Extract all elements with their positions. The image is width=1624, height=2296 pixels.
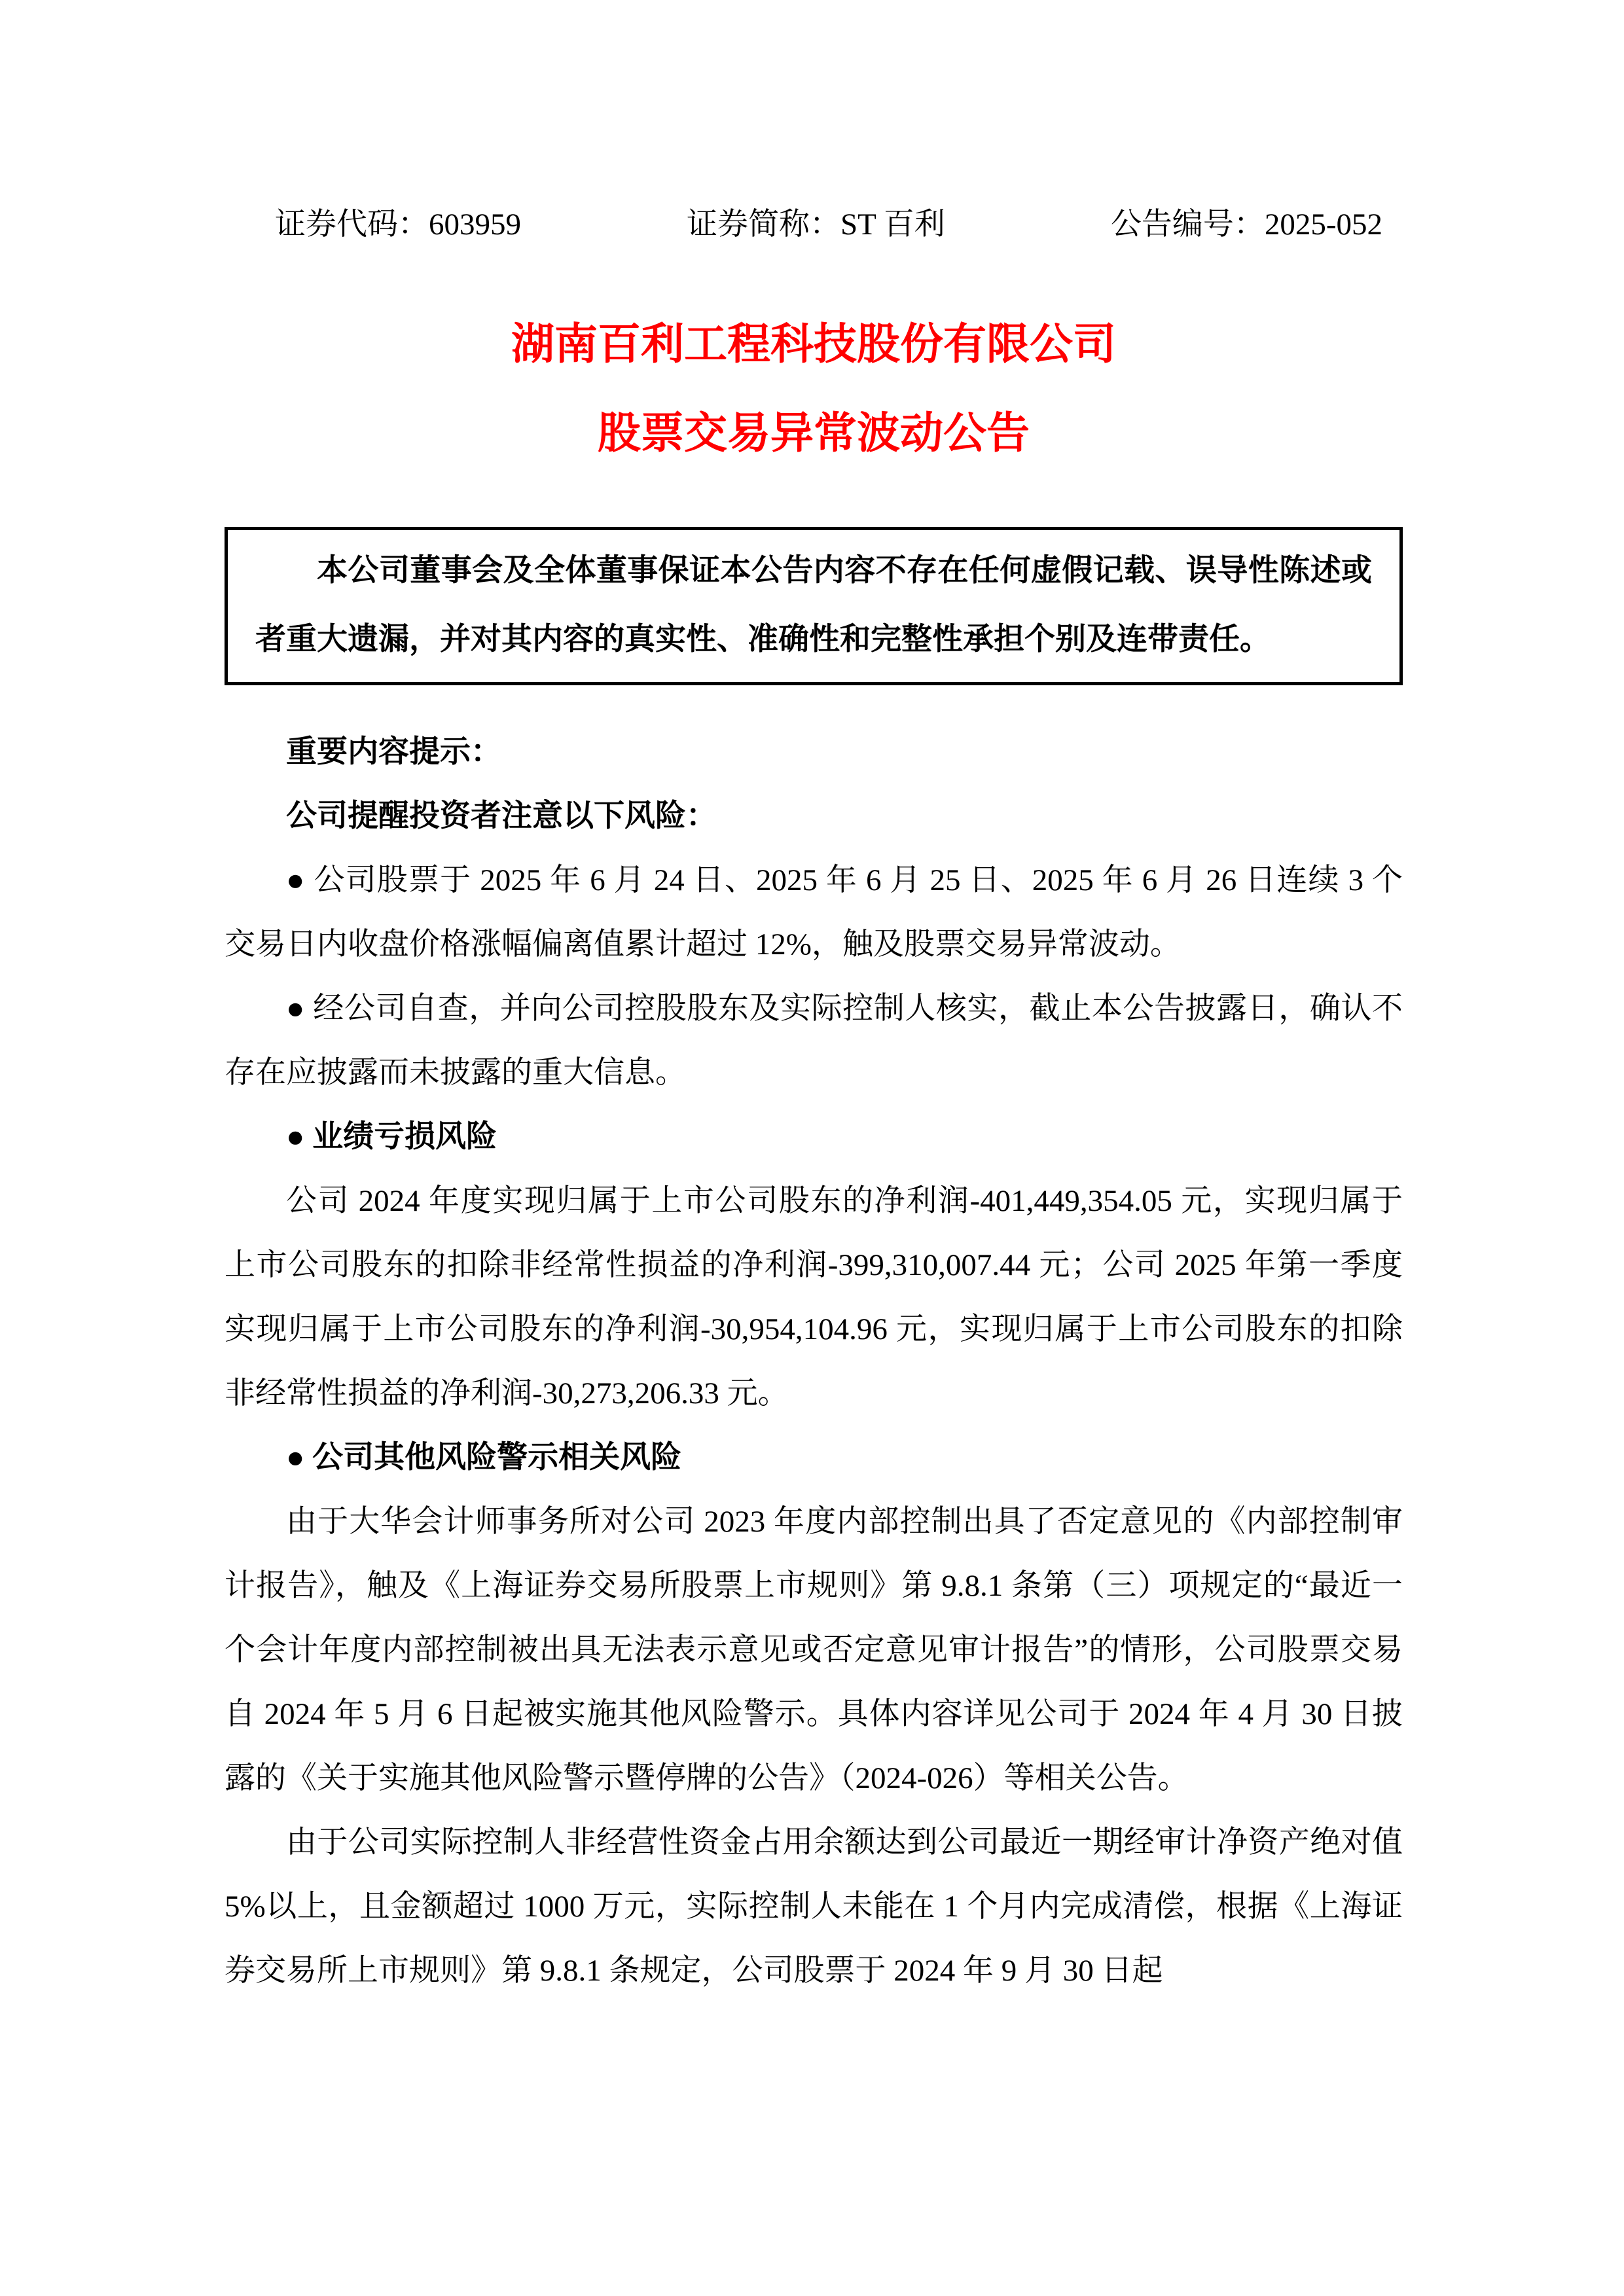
announcement-subtitle: 股票交易异常波动公告 — [225, 410, 1403, 456]
announcement-page: { "document": { "header": { "stock_code"… — [0, 0, 1624, 2296]
fund-occupation-paragraph: 由于公司实际控制人非经营性资金占用余额达到公司最近一期经审计净资产绝对值 5%以… — [225, 1810, 1403, 2003]
loss-risk-heading: ● 业绩亏损风险 — [225, 1105, 1403, 1169]
important-notice-heading: 重要内容提示： — [225, 720, 1403, 784]
disclaimer-text: 本公司董事会及全体董事保证本公告内容不存在任何虚假记载、误导性陈述或者重大遗漏，… — [255, 537, 1372, 674]
document-header-row: 证券代码：603959 证券简称：ST 百利 公告编号：2025-052 — [275, 207, 1382, 242]
self-check-bullet: ● 经公司自查，并向公司控股股东及实际控制人核实，截止本公告披露日，确认不存在应… — [225, 977, 1403, 1105]
abnormal-fluctuation-bullet: ● 公司股票于 2025 年 6 月 24 日、2025 年 6 月 25 日、… — [225, 848, 1403, 977]
disclaimer-box: 本公司董事会及全体董事保证本公告内容不存在任何虚假记载、误导性陈述或者重大遗漏，… — [225, 527, 1403, 685]
risk-reminder-heading: 公司提醒投资者注意以下风险： — [225, 784, 1403, 848]
other-risk-warning-heading: ● 公司其他风险警示相关风险 — [225, 1426, 1403, 1490]
stock-short-name: 证券简称：ST 百利 — [687, 207, 945, 242]
company-name-title: 湖南百利工程科技股份有限公司 — [225, 321, 1403, 367]
internal-control-paragraph: 由于大华会计师事务所对公司 2023 年度内部控制出具了否定意见的《内部控制审计… — [225, 1490, 1403, 1810]
document-body: 重要内容提示： 公司提醒投资者注意以下风险： ● 公司股票于 2025 年 6 … — [225, 720, 1403, 2003]
stock-code: 证券代码：603959 — [275, 207, 521, 242]
announcement-number: 公告编号：2025-052 — [1111, 207, 1382, 242]
loss-risk-paragraph: 公司 2024 年度实现归属于上市公司股东的净利润-401,449,354.05… — [225, 1169, 1403, 1426]
